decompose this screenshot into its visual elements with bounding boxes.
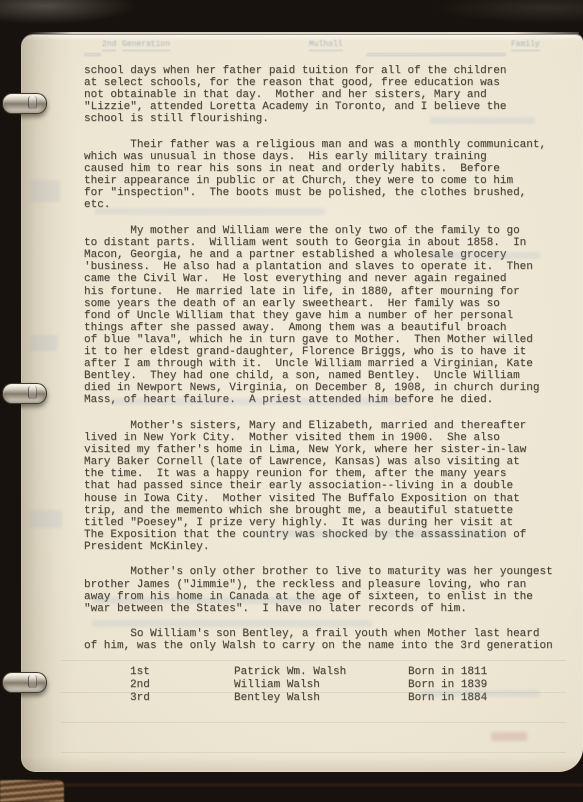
ruled-line-bleedthrough (61, 752, 566, 753)
table-row: 1st Patrick Wm. Walsh Born in 1811 (84, 666, 576, 679)
generation-ordinal: 1st (130, 666, 234, 679)
ink-bleedthrough-smudge (30, 180, 60, 202)
stamp-smudge (491, 732, 527, 741)
bleedthrough-family-label: Family (511, 40, 540, 51)
bleedthrough-header: 2nd Generation Mulhall Family (21, 40, 583, 54)
person-name: William Walsh (234, 679, 408, 692)
ink-bleedthrough-smudge (30, 335, 58, 351)
page-content: school days when her father paid tuition… (84, 65, 576, 706)
scanned-page: 2nd Generation Mulhall Family school day… (21, 35, 583, 772)
person-name: Patrick Wm. Walsh (234, 666, 408, 679)
bleedthrough-generation-label: Generation (122, 40, 170, 51)
paragraph-their-father: Their father was a religious man and was… (84, 139, 576, 212)
binder-spine-texture (0, 780, 64, 802)
bleedthrough-underline (84, 53, 101, 56)
bleedthrough-underline (366, 53, 506, 56)
bleedthrough-generation: 2nd (102, 40, 116, 51)
binder-ring (2, 93, 47, 114)
generation-table: 1st Patrick Wm. Walsh Born in 1811 2nd W… (84, 666, 576, 706)
ink-bleedthrough-smudge (95, 208, 325, 215)
ruled-line-bleedthrough (61, 660, 566, 661)
paragraph-son-bentley: So William's son Bentley, a frail youth … (84, 628, 576, 652)
binder-ring (2, 383, 47, 404)
binder-spine-highlight (58, 784, 583, 786)
binder-ring (2, 672, 47, 693)
ruled-line-bleedthrough (61, 692, 566, 693)
ink-bleedthrough-smudge (92, 620, 372, 627)
ink-bleedthrough-smudge (260, 530, 505, 537)
ink-bleedthrough-smudge (430, 117, 535, 124)
person-name: Bentley Walsh (234, 692, 408, 705)
ink-bleedthrough-smudge (430, 252, 540, 259)
generation-ordinal: 3rd (130, 692, 234, 705)
paragraph-brother-james: Mother's only other brother to live to m… (84, 566, 576, 614)
generation-ordinal: 2nd (130, 679, 234, 692)
bleedthrough-family-name: Mulhall (309, 40, 343, 51)
binder-scene: { "colors": { "paper": "#efe8d6", "typew… (0, 0, 583, 802)
ruled-line-bleedthrough (61, 722, 566, 723)
ink-bleedthrough-smudge (30, 510, 62, 528)
birth-year: Born in 1811 (408, 666, 487, 679)
ink-bleedthrough-smudge (92, 597, 317, 604)
ink-bleedthrough-smudge (110, 398, 410, 405)
